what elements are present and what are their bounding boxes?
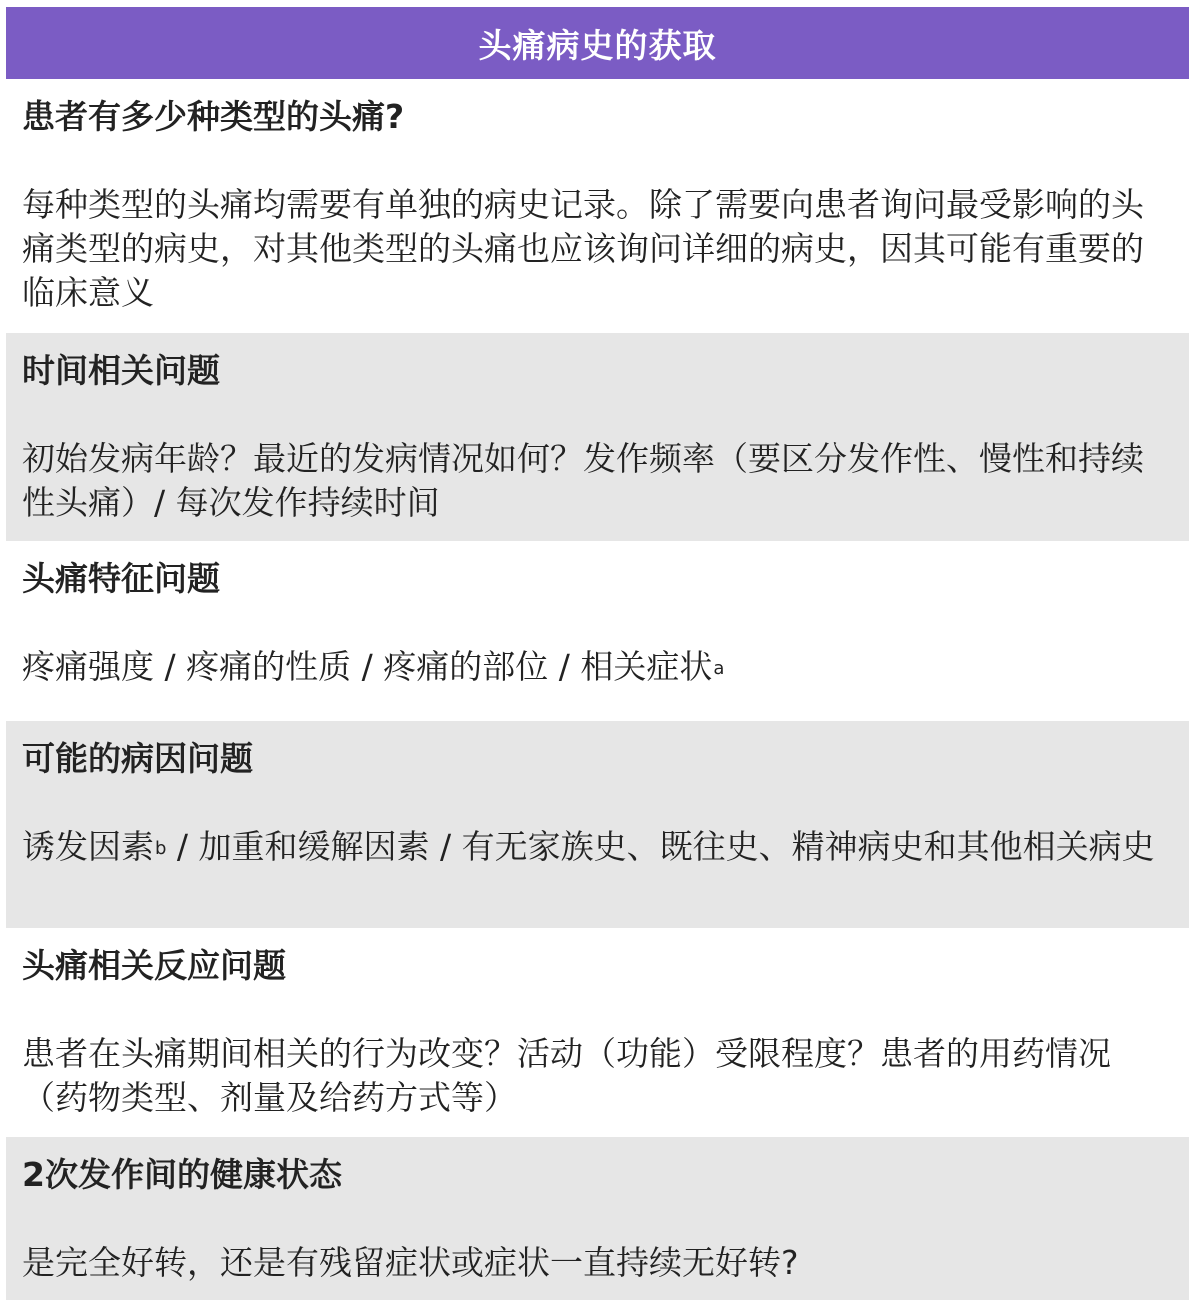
section-body: 疼痛强度 / 疼痛的性质 / 疼痛的部位 / 相关症状a <box>22 645 1173 689</box>
body-item: 相关症状 <box>580 647 712 686</box>
footnote-marker: b <box>155 838 166 859</box>
table-header: 头痛病史的获取 <box>6 7 1189 79</box>
separator: / <box>154 647 186 686</box>
body-item: 诱发因素 <box>22 827 154 866</box>
section-time-questions: 时间相关问题 初始发病年龄？最近的发病情况如何？发作频率（要区分发作性、慢性和持… <box>6 333 1189 541</box>
body-item: 疼痛强度 <box>22 647 154 686</box>
section-headache-types: 患者有多少种类型的头痛? 每种类型的头痛均需要有单独的病史记录。除了需要向患者询… <box>6 79 1189 333</box>
section-etiology: 可能的病因问题 诱发因素b / 加重和缓解因素 / 有无家族史、既往史、精神病史… <box>6 721 1189 928</box>
body-rest: / 加重和缓解因素 / 有无家族史、既往史、精神病史和其他相关病史 <box>166 827 1154 866</box>
section-response: 头痛相关反应问题 患者在头痛期间相关的行为改变？活动（功能）受限程度？患者的用药… <box>6 928 1189 1137</box>
section-heading: 头痛相关反应问题 <box>22 928 1173 988</box>
separator: / <box>351 647 383 686</box>
footnote-marker: a <box>713 658 724 679</box>
section-body: 是完全好转，还是有残留症状或症状一直持续无好转? <box>22 1241 1173 1285</box>
section-heading: 患者有多少种类型的头痛? <box>22 79 1173 139</box>
section-heading: 可能的病因问题 <box>22 721 1173 781</box>
body-item: 疼痛的性质 <box>186 647 351 686</box>
section-heading: 头痛特征问题 <box>22 541 1173 601</box>
section-body: 每种类型的头痛均需要有单独的病史记录。除了需要向患者询问最受影响的头痛类型的病史… <box>22 183 1173 315</box>
section-interictal-health: 2次发作间的健康状态 是完全好转，还是有残留症状或症状一直持续无好转? <box>6 1137 1189 1300</box>
section-body: 初始发病年龄？最近的发病情况如何？发作频率（要区分发作性、慢性和持续性头痛）/ … <box>22 437 1173 525</box>
section-body: 患者在头痛期间相关的行为改变？活动（功能）受限程度？患者的用药情况（药物类型、剂… <box>22 1032 1173 1120</box>
section-heading: 时间相关问题 <box>22 333 1173 393</box>
section-heading: 2次发作间的健康状态 <box>22 1137 1173 1197</box>
headache-history-table: 头痛病史的获取 患者有多少种类型的头痛? 每种类型的头痛均需要有单独的病史记录。… <box>6 7 1189 1300</box>
section-body: 诱发因素b / 加重和缓解因素 / 有无家族史、既往史、精神病史和其他相关病史 <box>22 825 1173 869</box>
separator: / <box>548 647 580 686</box>
table-title: 头痛病史的获取 <box>479 20 717 67</box>
body-item: 疼痛的部位 <box>383 647 548 686</box>
section-characteristics: 头痛特征问题 疼痛强度 / 疼痛的性质 / 疼痛的部位 / 相关症状a <box>6 541 1189 721</box>
